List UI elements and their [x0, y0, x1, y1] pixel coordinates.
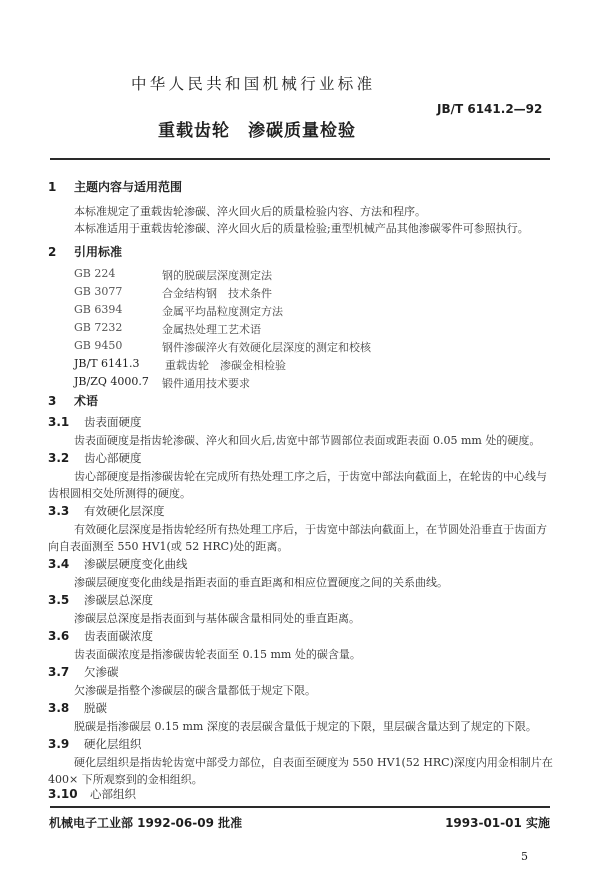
section-number: 3: [48, 394, 74, 408]
approval-info: 机械电子工业部 1992-06-09 批准: [49, 814, 242, 831]
term-number: 3.4: [48, 557, 84, 571]
implementation-date: 1993-01-01 实施: [445, 814, 550, 831]
term-definition: 齿心部硬度是指渗碳齿轮在完成所有热处理工序之后，于齿宽中部法向截面上，在轮齿的中…: [74, 468, 547, 484]
term-heading: 3.5渗碳层总深度: [48, 592, 153, 608]
term-heading: 3.4渗碳层硬度变化曲线: [48, 556, 188, 572]
section-title: 主题内容与适用范围: [74, 180, 182, 194]
paragraph: 本标准适用于重载齿轮渗碳、淬火回火后的质量检验;重型机械产品其他渗碳零件可参照执…: [74, 220, 529, 236]
reference-code: GB 7232: [74, 321, 122, 334]
term-name: 心部组织: [90, 787, 136, 801]
term-number: 3.5: [48, 593, 84, 607]
section-heading-3: 3术语: [48, 392, 98, 409]
term-heading: 3.9硬化层组织: [48, 736, 142, 752]
term-definition: 齿表面硬度是指齿轮渗碳、淬火和回火后,齿宽中部节圆部位表面或距表面 0.05 m…: [74, 432, 540, 448]
section-number: 2: [48, 245, 74, 259]
term-heading: 3.7欠渗碳: [48, 664, 119, 680]
term-definition: 齿表面碳浓度是指渗碳齿轮表面至 0.15 mm 处的碳含量。: [74, 646, 361, 662]
term-name: 齿表面硬度: [84, 415, 142, 429]
section-title: 引用标准: [74, 245, 122, 259]
document-title: 重载齿轮 渗碳质量检验: [158, 116, 356, 141]
reference-title: 合金结构钢 技术条件: [162, 285, 272, 301]
term-definition: 硬化层组织是指齿轮齿宽中部受力部位，自表面至硬度为 550 HV1(52 HRC…: [74, 754, 553, 770]
term-number: 3.1: [48, 415, 84, 429]
term-number: 3.3: [48, 504, 84, 518]
header-divider: [50, 158, 550, 160]
reference-title: 锻件通用技术要求: [162, 375, 250, 391]
section-heading-1: 1主题内容与适用范围: [48, 178, 182, 195]
term-definition: 400× 下所观察到的金相组织。: [48, 771, 203, 787]
term-definition: 有效硬化层深度是指齿轮经所有热处理工序后，于齿宽中部法向截面上，在节圆处沿垂直于…: [74, 521, 547, 537]
reference-title: 金属平均晶粒度测定方法: [162, 303, 283, 319]
reference-title: 钢件渗碳淬火有效硬化层深度的测定和校核: [162, 339, 371, 355]
section-number: 1: [48, 180, 74, 194]
reference-code: GB 6394: [74, 303, 122, 316]
term-definition: 齿根圆相交处所测得的硬度。: [48, 485, 191, 501]
reference-title: 钢的脱碳层深度测定法: [162, 267, 272, 283]
reference-code: JB/ZQ 4000.7: [74, 375, 149, 388]
term-definition: 脱碳是指渗碳层 0.15 mm 深度的表层碳含量低于规定的下限，里层碳含量达到了…: [74, 718, 537, 734]
term-definition: 渗碳层硬度变化曲线是指距表面的垂直距离和相应位置硬度之间的关系曲线。: [74, 574, 448, 590]
term-name: 有效硬化层深度: [84, 504, 165, 518]
term-name: 渗碳层硬度变化曲线: [84, 557, 188, 571]
term-number: 3.7: [48, 665, 84, 679]
reference-code: GB 224: [74, 267, 115, 280]
term-name: 脱碳: [84, 701, 107, 715]
term-number: 3.6: [48, 629, 84, 643]
reference-title: 重载齿轮 渗碳金相检验: [165, 357, 286, 373]
term-heading: 3.3有效硬化层深度: [48, 503, 165, 519]
issuing-organization: 中华人民共和国机械行业标准: [131, 72, 375, 94]
reference-code: GB 3077: [74, 285, 122, 298]
term-name: 欠渗碳: [84, 665, 119, 679]
term-heading: 3.2齿心部硬度: [48, 450, 142, 466]
term-name: 齿心部硬度: [84, 451, 142, 465]
reference-code: GB 9450: [74, 339, 122, 352]
term-heading: 3.1齿表面硬度: [48, 414, 142, 430]
footer-divider: [50, 806, 550, 808]
section-heading-2: 2引用标准: [48, 243, 122, 260]
term-definition: 渗碳层总深度是指表面到与基体碳含量相同处的垂直距离。: [74, 610, 360, 626]
term-heading: 3.8脱碳: [48, 700, 107, 716]
term-number: 3.10: [48, 787, 90, 801]
term-name: 硬化层组织: [84, 737, 142, 751]
term-number: 3.8: [48, 701, 84, 715]
page-number: 5: [521, 850, 528, 863]
term-heading: 3.6齿表面碳浓度: [48, 628, 153, 644]
term-definition: 欠渗碳是指整个渗碳层的碳含量都低于规定下限。: [74, 682, 316, 698]
term-heading: 3.10心部组织: [48, 786, 136, 802]
paragraph: 本标准规定了重载齿轮渗碳、淬火回火后的质量检验内容、方法和程序。: [74, 203, 426, 219]
term-number: 3.2: [48, 451, 84, 465]
standard-code: JB/T 6141.2—92: [437, 102, 542, 116]
reference-title: 金属热处理工艺术语: [162, 321, 261, 337]
term-definition: 向自表面测至 550 HV1(或 52 HRC)处的距离。: [48, 538, 288, 554]
reference-code: JB/T 6141.3: [74, 357, 140, 370]
term-name: 渗碳层总深度: [84, 593, 153, 607]
term-name: 齿表面碳浓度: [84, 629, 153, 643]
section-title: 术语: [74, 394, 98, 408]
term-number: 3.9: [48, 737, 84, 751]
